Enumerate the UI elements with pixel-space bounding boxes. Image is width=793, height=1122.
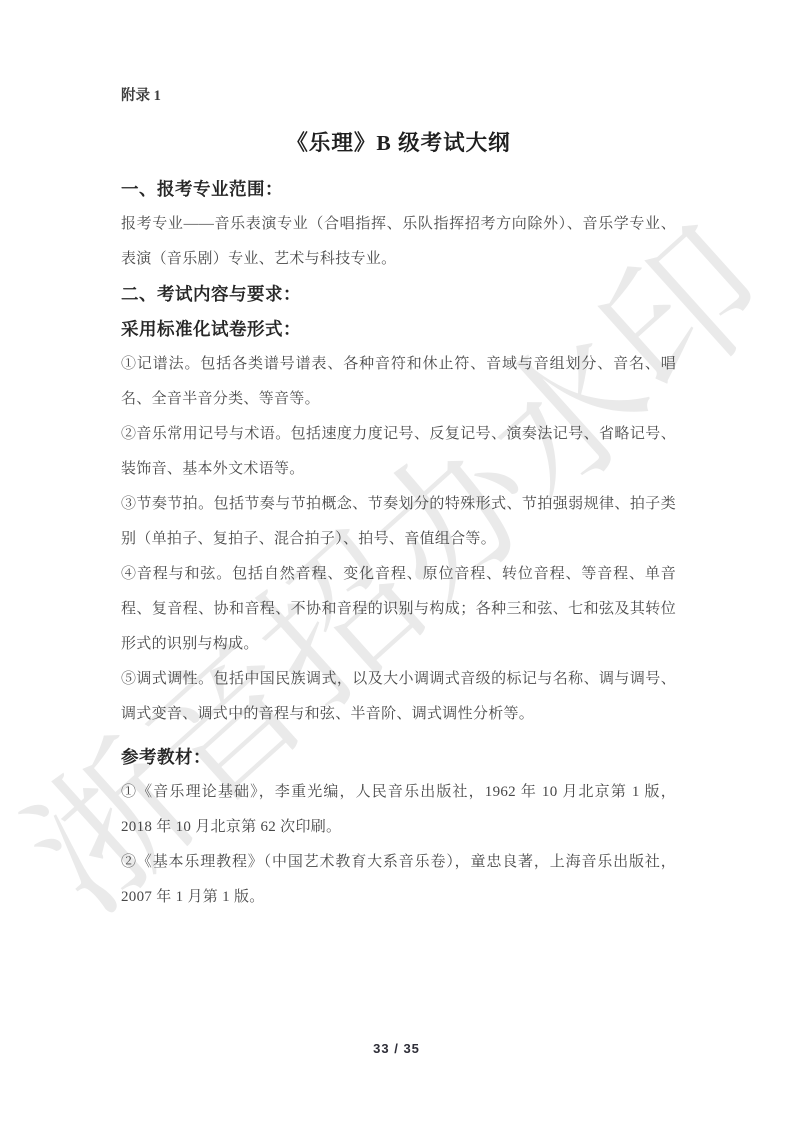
current-page-number: 33 <box>373 1041 389 1056</box>
exam-content-item-5: ⑤调式调性。包括中国民族调式，以及大小调调式音级的标记与名称、调与调号、调式变音… <box>121 662 676 732</box>
exam-content-item-3: ③节奏节拍。包括节奏与节拍概念、节奏划分的特殊形式、节拍强弱规律、拍子类别（单拍… <box>121 487 676 557</box>
total-page-number: 35 <box>403 1041 419 1056</box>
references-heading: 参考教材： <box>121 740 676 775</box>
document-page: 附录 1 《乐理》B 级考试大纲 一、报考专业范围： 报考专业——音乐表演专业（… <box>0 0 793 915</box>
exam-content-item-1: ①记谱法。包括各类谱号谱表、各种音符和休止符、音域与音组划分、音名、唱名、全音半… <box>121 347 676 417</box>
section2-heading: 二、考试内容与要求： <box>121 277 676 312</box>
page-number-separator: / <box>394 1041 399 1056</box>
section2-subheading: 采用标准化试卷形式： <box>121 312 676 347</box>
reference-item-2: ②《基本乐理教程》（中国艺术教育大系音乐卷），童忠良著，上海音乐出版社，2007… <box>121 845 676 915</box>
appendix-label: 附录 1 <box>121 86 676 106</box>
page-footer: 33 / 35 <box>0 1040 793 1058</box>
exam-content-item-2: ②音乐常用记号与术语。包括速度力度记号、反复记号、演奏法记号、省略记号、装饰音、… <box>121 417 676 487</box>
section1-heading: 一、报考专业范围： <box>121 172 676 207</box>
section1-paragraph: 报考专业——音乐表演专业（合唱指挥、乐队指挥招考方向除外）、音乐学专业、表演（音… <box>121 207 676 277</box>
page-title: 《乐理》B 级考试大纲 <box>121 128 676 158</box>
reference-item-1: ①《音乐理论基础》，李重光编，人民音乐出版社，1962 年 10 月北京第 1 … <box>121 775 676 845</box>
exam-content-item-4: ④音程与和弦。包括自然音程、变化音程、原位音程、转位音程、等音程、单音程、复音程… <box>121 557 676 662</box>
